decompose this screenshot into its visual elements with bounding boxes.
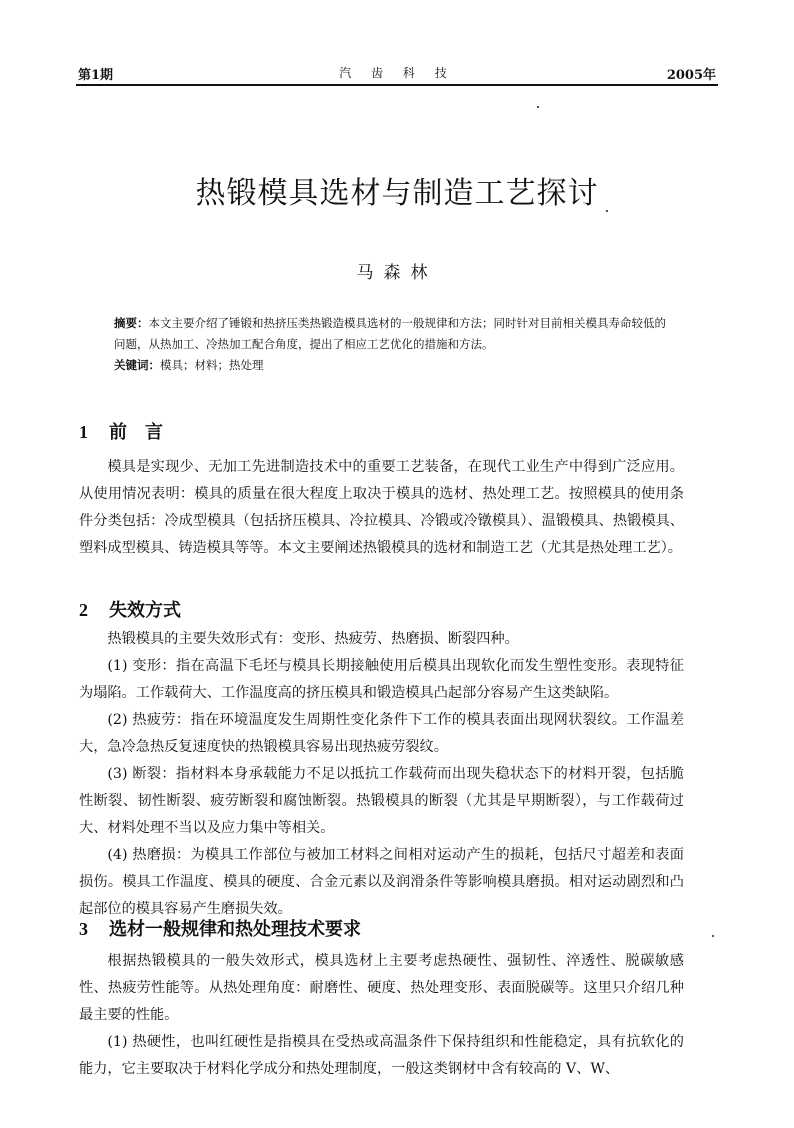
paragraph: 根据热锻模具的一般失效形式，模具选材上主要考虑热硬性、强韧性、淬透性、脱碳敏感性… xyxy=(79,948,684,1029)
section-title: 选材一般规律和热处理技术要求 xyxy=(109,919,361,940)
journal-name: 汽 齿 科 技 xyxy=(78,64,716,81)
section-title: 前 言 xyxy=(109,422,163,443)
keywords-text: 模具；材料；热处理 xyxy=(160,358,264,372)
section-body-2: 热锻模具的主要失效形式有：变形、热疲劳、热磨损、断裂四种。 (1) 变形：指在高… xyxy=(79,626,684,923)
paper-title: 热锻模具选材与制造工艺探讨 xyxy=(0,168,794,212)
section-number: 1 xyxy=(79,422,109,443)
section-number: 2 xyxy=(79,600,109,621)
scan-speck xyxy=(712,935,714,937)
abstract: 摘要：本文主要介绍了锤锻和热挤压类热锻造模具选材的一般规律和方法；同时针对目前相… xyxy=(114,313,674,355)
abstract-text: 本文主要介绍了锤锻和热挤压类热锻造模具选材的一般规律和方法；同时针对目前相关模具… xyxy=(114,316,666,351)
section-number: 3 xyxy=(79,919,109,940)
keywords-label: 关键词： xyxy=(114,358,160,372)
author-name: 马森林 xyxy=(0,258,794,283)
keywords: 关键词：模具；材料；热处理 xyxy=(114,355,674,376)
paragraph: (3) 断裂：指材料本身承载能力不足以抵抗工作载荷而出现失稳状态下的材料开裂，包… xyxy=(79,761,684,842)
section-heading-3: 3选材一般规律和热处理技术要求 xyxy=(79,915,361,941)
section-heading-2: 2失效方式 xyxy=(79,596,181,622)
scan-speck xyxy=(537,106,539,108)
paragraph: (2) 热疲劳：指在环境温度发生周期性变化条件下工作的模具表面出现网状裂纹。工作… xyxy=(79,707,684,761)
paragraph: 热锻模具的主要失效形式有：变形、热疲劳、热磨损、断裂四种。 xyxy=(79,626,684,653)
paragraph: (1) 热硬性，也叫红硬性是指模具在受热或高温条件下保持组织和性能稳定，具有抗软… xyxy=(79,1029,684,1083)
paragraph: 模具是实现少、无加工先进制造技术中的重要工艺装备，在现代工业生产中得到广泛应用。… xyxy=(79,454,684,562)
abstract-block: 摘要：本文主要介绍了锤锻和热挤压类热锻造模具选材的一般规律和方法；同时针对目前相… xyxy=(114,313,674,376)
paragraph: (1) 变形：指在高温下毛坯与模具长期接触使用后模具出现软化而发生塑性变形。表现… xyxy=(79,653,684,707)
scan-speck xyxy=(606,210,608,212)
section-heading-1: 1前 言 xyxy=(79,418,163,444)
section-body-3: 根据热锻模具的一般失效形式，模具选材上主要考虑热硬性、强韧性、淬透性、脱碳敏感性… xyxy=(79,948,684,1083)
publication-year: 2005年 xyxy=(667,64,716,83)
abstract-label: 摘要： xyxy=(114,316,149,330)
paragraph: (4) 热磨损：为模具工作部位与被加工材料之间相对运动产生的损耗，包括尺寸超差和… xyxy=(79,842,684,923)
header-rule xyxy=(76,84,718,86)
section-title: 失效方式 xyxy=(109,600,181,621)
running-header: 第1期 汽 齿 科 技 2005年 xyxy=(78,64,716,84)
section-body-1: 模具是实现少、无加工先进制造技术中的重要工艺装备，在现代工业生产中得到广泛应用。… xyxy=(79,454,684,562)
